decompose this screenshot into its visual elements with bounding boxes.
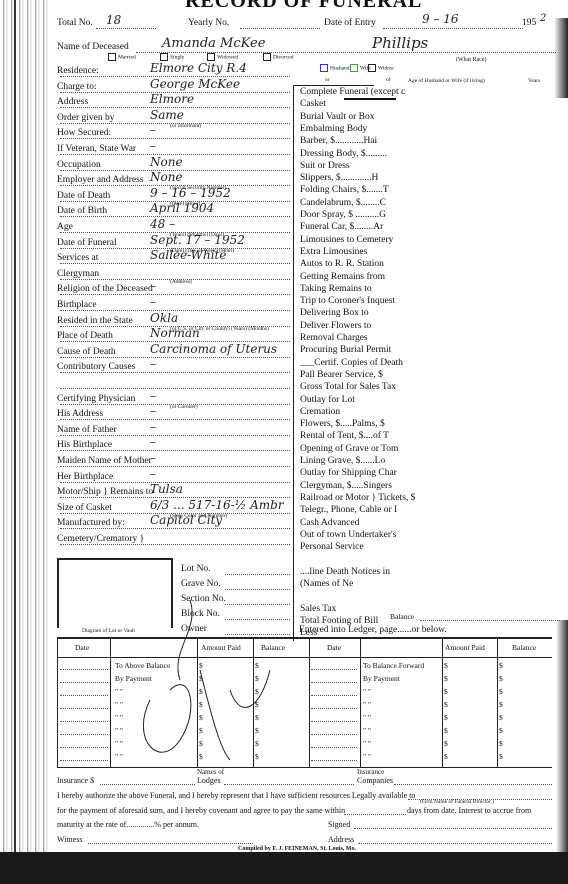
document-title: RECORD OF FUNERAL bbox=[185, 0, 422, 13]
ledger-entry-label: Entered into Ledger, page......or below. bbox=[299, 625, 447, 635]
field-label: Date of Funeral bbox=[57, 238, 117, 248]
field-line[interactable] bbox=[60, 388, 290, 389]
field-value: – bbox=[150, 467, 156, 481]
field-line[interactable] bbox=[60, 294, 290, 295]
field-value: Same bbox=[150, 108, 184, 122]
field-value: Sept. 17 – 1952 bbox=[150, 233, 245, 247]
field-sub: (or Coroner) bbox=[170, 404, 198, 410]
scan-edge-right-bottom bbox=[556, 620, 568, 852]
field-value: Tulsa bbox=[150, 482, 183, 496]
date-entry-label: Date of Entry bbox=[324, 18, 376, 28]
charge-item: ....line Death Notices in bbox=[300, 567, 390, 577]
days-from-text: days from date. Interest to accrue from bbox=[407, 806, 531, 815]
charge-item: Flowers, $.....Palms, $ bbox=[300, 419, 385, 429]
name-deceased-value: Amanda McKee bbox=[162, 36, 265, 51]
field-label: How Secured: bbox=[57, 128, 111, 138]
field-label: Certifying Physician bbox=[57, 394, 135, 404]
companies-label: Companies bbox=[357, 776, 393, 785]
charge-item: Casket bbox=[300, 99, 326, 109]
field-value: – bbox=[150, 357, 156, 371]
charge-item: Slippers, $.............H bbox=[300, 173, 378, 183]
address-label: Address bbox=[328, 835, 354, 844]
field-label: His Birthplace bbox=[57, 440, 112, 450]
charge-item: Autos to R. R. Station bbox=[300, 259, 384, 269]
field-value: 9 – 16 – 1952 bbox=[150, 186, 231, 200]
field-label: Motor/Ship } Remains to bbox=[57, 487, 153, 497]
field-value: – bbox=[150, 139, 156, 153]
field-value: – bbox=[150, 451, 156, 465]
maturity-text: maturity at the rate of..............% p… bbox=[57, 820, 199, 829]
charge-item: Lining Grave, $......Lo bbox=[300, 456, 385, 466]
charge-item: Sales Tax bbox=[300, 604, 336, 614]
field-label: Contributory Causes bbox=[57, 362, 135, 372]
field-value: Norman bbox=[150, 326, 200, 340]
charge-item: Procuring Burial Permit bbox=[300, 345, 391, 355]
field-label: Date of Death bbox=[57, 191, 110, 201]
charge-item: Out of town Undertaker's bbox=[300, 530, 396, 540]
field-value: – bbox=[150, 295, 156, 309]
field-line[interactable] bbox=[60, 357, 290, 358]
charge-item: Dressing Body, $......... bbox=[300, 149, 387, 159]
name-deceased-label: Name of Deceased bbox=[57, 42, 129, 52]
field-line[interactable] bbox=[60, 138, 290, 139]
marital-widowed[interactable]: Widowed bbox=[207, 53, 238, 61]
field-label: Services at bbox=[57, 253, 98, 263]
charge-item: Barber, $............Hai bbox=[300, 136, 377, 146]
yearly-no-label: Yearly No. bbox=[188, 18, 229, 28]
field-line[interactable] bbox=[60, 466, 290, 467]
ledger-right-amount-header: Amount Paid bbox=[445, 643, 485, 652]
field-line[interactable] bbox=[60, 435, 290, 436]
what-race-label: (What Race) bbox=[456, 57, 486, 63]
signed-field[interactable] bbox=[354, 828, 552, 829]
field-value: – bbox=[150, 279, 156, 293]
authorize-text: I hereby authorize the above Funeral, an… bbox=[57, 791, 415, 800]
insurance2-label: Insurance bbox=[357, 768, 384, 776]
charge-item: Cremation bbox=[300, 407, 340, 417]
field-label: Residence: bbox=[57, 66, 99, 76]
field-sub: (or informant) bbox=[170, 123, 201, 129]
lot-diagram-label: Diagram of Lot or Vault bbox=[82, 628, 135, 634]
name-deceased-value2: Phillips bbox=[372, 34, 428, 52]
charge-item: Telegr., Phone, Cable or I bbox=[300, 505, 397, 515]
field-value: – bbox=[150, 123, 156, 137]
field-label: Place of Death bbox=[57, 331, 113, 341]
payment-text: for the payment of aforesaid sum, and I … bbox=[57, 806, 345, 815]
charge-item: Door Spray, $ ..........G bbox=[300, 210, 386, 220]
witness-label: Witness bbox=[57, 835, 82, 844]
charge-item: Clergyman, $.....Singers bbox=[300, 481, 392, 491]
charge-item: Deliver Flowers to bbox=[300, 321, 371, 331]
charges-column: Complete Funeral (except cCasketBurial V… bbox=[293, 85, 568, 641]
charge-item: Funeral Car, $........Ar bbox=[300, 222, 383, 232]
scan-edge-left bbox=[0, 0, 48, 884]
field-label: Employer and Address bbox=[57, 175, 144, 185]
field-line[interactable] bbox=[60, 528, 290, 529]
field-line[interactable] bbox=[60, 544, 290, 545]
field-value: None bbox=[150, 155, 183, 169]
charge-item: Outlay for Shipping Char bbox=[300, 468, 397, 478]
spouse-widow[interactable]: Widow bbox=[368, 64, 394, 72]
ledger-right-balance-header: Balance bbox=[512, 643, 536, 652]
field-value: – bbox=[150, 435, 156, 449]
charge-item: Pall Bearer Service, $ bbox=[300, 370, 383, 380]
charge-item: Complete Funeral (except c bbox=[300, 87, 405, 97]
field-value: None bbox=[150, 170, 183, 184]
spouse-husband[interactable]: Husband bbox=[320, 64, 350, 72]
witness-field[interactable] bbox=[88, 843, 253, 844]
field-label: Name of Father bbox=[57, 425, 117, 435]
charge-item: Burial Vault or Box bbox=[300, 112, 375, 122]
year-suffix: 2 bbox=[540, 13, 546, 24]
field-label: Manufactured by: bbox=[57, 518, 125, 528]
lot-field: Grave No. bbox=[181, 579, 221, 589]
field-value: Elmore bbox=[150, 92, 194, 106]
field-label: Address bbox=[57, 97, 88, 107]
marital-divorced[interactable]: Divorced bbox=[263, 53, 293, 61]
firm-name-label: (Firm Name of Funeral Director.) bbox=[420, 799, 494, 805]
field-value: April 1904 bbox=[150, 201, 214, 215]
charge-item: Cash Advanced bbox=[300, 518, 359, 528]
of-label: of bbox=[386, 77, 391, 83]
field-label: His Address bbox=[57, 409, 103, 419]
signed-label: Signed bbox=[328, 820, 350, 829]
field-label: Her Birthplace bbox=[57, 472, 113, 482]
charge-item: Delivering Box to bbox=[300, 308, 369, 318]
field-value: – bbox=[150, 404, 156, 418]
field-label: Occupation bbox=[57, 160, 101, 170]
or-label: or bbox=[325, 77, 330, 83]
charge-item: Personal Service bbox=[300, 542, 364, 552]
charge-item: Removal Charges bbox=[300, 333, 368, 343]
field-value: – bbox=[150, 389, 156, 403]
field-label: Cause of Death bbox=[57, 347, 116, 357]
age-spouse-label: Age of Husband or Wife (if living) bbox=[408, 78, 485, 84]
total-no-value: 18 bbox=[106, 13, 121, 27]
field-label: Religion of the Deceased bbox=[57, 284, 153, 294]
field-label: If Veteran, State War bbox=[57, 144, 136, 154]
charge-item: Taking Remains to bbox=[300, 284, 372, 294]
insurance-label: Insurance $ bbox=[57, 776, 94, 785]
year-prefix: 195 bbox=[522, 18, 536, 28]
field-value: Elmore City R.4 bbox=[150, 61, 247, 75]
balance-label: Balance bbox=[390, 612, 414, 621]
charge-item: Trip to Coroner's Inquest bbox=[300, 296, 395, 306]
lodges-label: Lodges bbox=[197, 776, 221, 785]
charge-item: Candelabrum, $........C bbox=[300, 198, 386, 208]
field-line[interactable] bbox=[60, 419, 290, 420]
field-line[interactable] bbox=[60, 450, 290, 451]
address-field[interactable] bbox=[358, 843, 552, 844]
charge-item: Folding Chairs, $.......T bbox=[300, 185, 389, 195]
charge-item: Gross Total for Sales Tax bbox=[300, 382, 396, 392]
field-label: Clergyman bbox=[57, 269, 99, 279]
charge-item: Outlay for Lot bbox=[300, 395, 355, 405]
date-entry-value: 9 – 16 bbox=[422, 12, 459, 26]
field-value: 6/3 ... 517-16-½ Ambr bbox=[150, 498, 284, 512]
field-line[interactable] bbox=[60, 263, 290, 264]
charge-item: Railroad or Motor } Tickets, $ bbox=[300, 493, 415, 503]
field-label: Birthplace bbox=[57, 300, 97, 310]
field-label: Size of Casket bbox=[57, 503, 112, 513]
charge-item: Opening of Grave or Tom bbox=[300, 444, 398, 454]
field-label: Cemetery/Crematory } bbox=[57, 534, 144, 544]
field-value: Capitol City bbox=[150, 513, 222, 527]
ledger-left-date-header: Date bbox=[75, 643, 89, 652]
field-value: – bbox=[150, 420, 156, 434]
field-label: Age bbox=[57, 222, 73, 232]
field-label: Order given by bbox=[57, 113, 115, 123]
field-sub: (Address) bbox=[170, 279, 192, 285]
charge-item: Rental of Tent, $....of T bbox=[300, 431, 389, 441]
lot-field: Lot No. bbox=[181, 564, 211, 574]
ledger-right-date-header: Date bbox=[327, 643, 341, 652]
total-no-label: Total No. bbox=[57, 18, 93, 28]
field-label: Resided in the State bbox=[57, 316, 133, 326]
field-line[interactable] bbox=[60, 372, 290, 373]
field-value: Okla bbox=[150, 311, 178, 325]
field-label: Charge to: bbox=[57, 82, 97, 92]
charge-item: (Names of Ne bbox=[300, 579, 353, 589]
charge-item: Limousines to Cemetery bbox=[300, 235, 393, 245]
marital-married[interactable]: Married bbox=[108, 53, 136, 61]
field-value: Carcinoma of Uterus bbox=[150, 342, 277, 356]
field-label: Maiden Name of Mother bbox=[57, 456, 152, 466]
signature-scribble bbox=[130, 590, 280, 770]
field-value: Sallee-White bbox=[150, 248, 226, 262]
charge-item: Embalming Body bbox=[300, 124, 367, 134]
field-label: Date of Birth bbox=[57, 206, 107, 216]
years-label: Years bbox=[528, 78, 540, 84]
charge-item: Getting Remains from bbox=[300, 272, 385, 282]
field-value: George McKee bbox=[150, 77, 240, 91]
field-value: 48 – bbox=[150, 217, 175, 231]
charge-item: ___Certif. Copies of Death bbox=[300, 358, 403, 368]
marital-single[interactable]: Single bbox=[160, 53, 184, 61]
charge-item: Suit or Dress bbox=[300, 161, 350, 171]
scan-edge-bottom bbox=[0, 852, 568, 884]
charge-item: Extra Limousines bbox=[300, 247, 367, 257]
